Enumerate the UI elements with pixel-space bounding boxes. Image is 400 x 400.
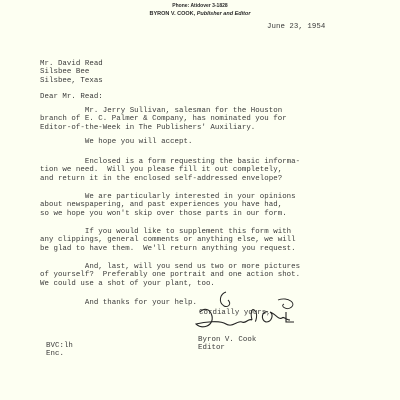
recipient-address: Mr. David Read Silsbee Bee Silsbee, Texa…: [40, 60, 103, 85]
letter-date: June 23, 1954: [267, 23, 325, 31]
reference-initials: BVC:lh: [46, 342, 73, 350]
letterhead-title: Publisher and Editor: [197, 11, 251, 17]
paragraph-accept: We hope you will accept.: [40, 138, 193, 146]
paragraph-thanks: And thanks for your help.: [40, 299, 197, 307]
recipient-city: Silsbee, Texas: [40, 77, 103, 85]
paragraph-pictures: And, last, will you send us two or more …: [40, 263, 300, 288]
letterhead: Phone: Atidover 3-1828 BYRON V. COOK, Pu…: [0, 2, 400, 18]
letterhead-name-line: BYRON V. COOK, Publisher and Editor: [0, 10, 400, 18]
paragraph-nomination: Mr. Jerry Sullivan, salesman for the Hou…: [40, 107, 287, 132]
paragraph-clippings: If you would like to supplement this for…: [40, 228, 296, 253]
paragraph-form: Enclosed is a form requesting the basic …: [40, 158, 300, 183]
signature-block: Byron V. Cook Editor: [198, 336, 256, 353]
reference-block: BVC:lh Enc.: [46, 342, 73, 359]
signer-title: Editor: [198, 344, 225, 352]
recipient-organization: Silsbee Bee: [40, 68, 89, 76]
paragraph-opinions: We are particularly interested in your o…: [40, 193, 296, 218]
handwritten-signature: [190, 290, 300, 338]
recipient-name: Mr. David Read: [40, 60, 103, 68]
enclosure-notation: Enc.: [46, 350, 64, 358]
letterhead-phone: Phone: Atidover 3-1828: [0, 2, 400, 10]
salutation: Dear Mr. Read:: [40, 93, 103, 101]
signer-name: Byron V. Cook: [198, 336, 256, 344]
letterhead-name: BYRON V. COOK,: [150, 11, 196, 17]
